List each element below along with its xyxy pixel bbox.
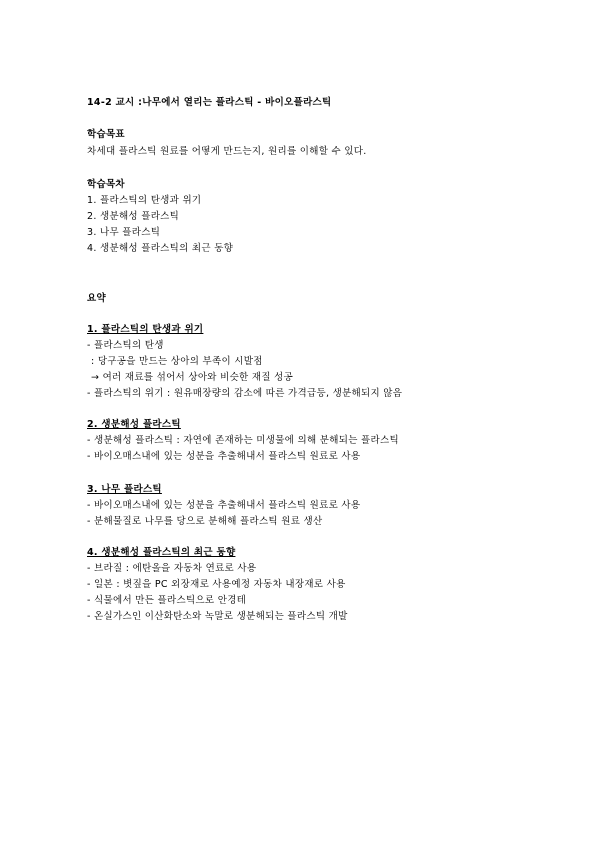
contents-item: 1. 플라스틱의 탄생과 위기 <box>87 195 201 207</box>
section-line: - 바이오매스내에 있는 성분을 추출해내서 플라스틱 원료로 사용 <box>87 451 360 463</box>
section-line: - 분해물질로 나무를 당으로 분해해 플라스틱 원료 생산 <box>87 516 322 528</box>
section-line: - 온실가스인 이산화탄소와 녹말로 생분해되는 플라스틱 개발 <box>87 611 348 623</box>
contents-heading: 학습목차 <box>87 179 125 191</box>
summary-heading: 요약 <box>87 293 106 305</box>
section-line: - 플라스틱의 탄생 <box>87 340 164 352</box>
section-line: - 식물에서 만든 플라스틱으로 안경테 <box>87 595 246 607</box>
section-line: → 여러 재료를 섞어서 상아와 비슷한 재질 성공 <box>91 372 293 384</box>
section-title: 2. 생분해성 플라스틱 <box>87 419 181 431</box>
page-title: 14-2 교시 :나무에서 열리는 플라스틱 - 바이오플라스틱 <box>87 97 332 109</box>
contents-item: 2. 생분해성 플라스틱 <box>87 211 179 223</box>
section-line: - 플라스틱의 위기 : 원유매장량의 감소에 따른 가격급등, 생분해되지 않… <box>87 388 402 400</box>
section-line: - 바이오매스내에 있는 성분을 추출해내서 플라스틱 원료로 사용 <box>87 500 360 512</box>
objective-text: 차세대 플라스틱 원료를 어떻게 만드는지, 원리를 이해할 수 있다. <box>87 146 367 158</box>
document-page: 14-2 교시 :나무에서 열리는 플라스틱 - 바이오플라스틱 학습목표 차세… <box>0 0 595 841</box>
section-line: - 일본 : 볏짚을 PC 외장재로 사용예정 자동차 내장재로 사용 <box>87 579 346 591</box>
section-line: : 당구공을 만드는 상아의 부족이 시발점 <box>91 356 263 368</box>
section-title: 3. 나무 플라스틱 <box>87 484 162 496</box>
section-title: 4. 생분해성 플라스틱의 최근 동향 <box>87 547 235 559</box>
section-title: 1. 플라스틱의 탄생과 위기 <box>87 324 203 336</box>
contents-item: 4. 생분해성 플라스틱의 최근 동향 <box>87 243 233 255</box>
section-line: - 브라질 : 에탄올을 자동차 연료로 사용 <box>87 563 256 575</box>
objective-heading: 학습목표 <box>87 129 125 141</box>
contents-item: 3. 나무 플라스틱 <box>87 227 160 239</box>
section-line: - 생분해성 플라스틱 : 자연에 존재하는 미생물에 의해 분해되는 플라스틱 <box>87 435 399 447</box>
